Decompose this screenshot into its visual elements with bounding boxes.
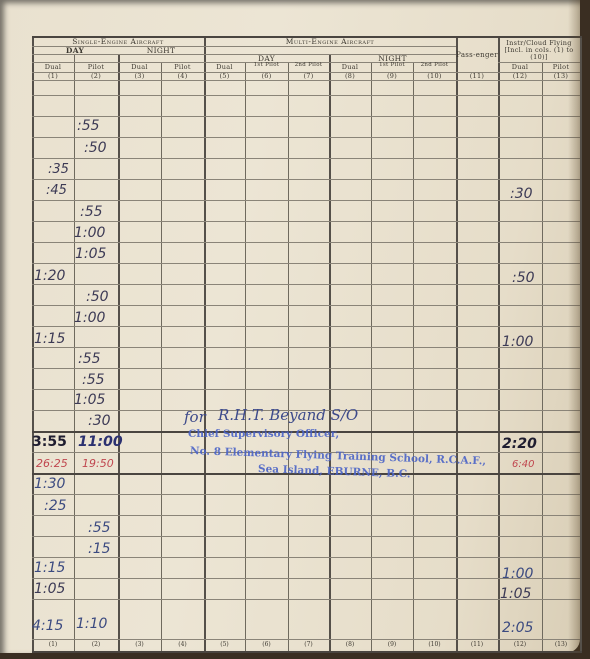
entry-col2: :55 bbox=[80, 204, 103, 220]
row-rule bbox=[32, 347, 580, 348]
row-rule bbox=[32, 578, 580, 579]
entry-col1: 1:30 bbox=[34, 476, 65, 492]
entry-col2: :55 bbox=[77, 118, 100, 134]
col-label: Pilot bbox=[542, 64, 580, 71]
row-rule bbox=[32, 284, 580, 285]
entry-col2: :50 bbox=[84, 140, 107, 156]
col-num: (5) bbox=[204, 73, 245, 80]
stamp-line-3: Sea Island, EBURNE, B.C. bbox=[258, 463, 411, 480]
row-rule bbox=[32, 95, 580, 96]
col-label: 1st Pilot bbox=[371, 63, 413, 69]
col-label: Dual bbox=[118, 64, 161, 71]
row-rule bbox=[32, 263, 580, 264]
entry-col12: 2:05 bbox=[502, 620, 533, 636]
foot-col-num: (2) bbox=[74, 641, 118, 648]
foot-col-num: (13) bbox=[542, 641, 580, 648]
col-divider bbox=[118, 54, 120, 653]
col-divider bbox=[288, 62, 289, 653]
signature-prefix: for bbox=[184, 408, 206, 426]
entry-col2: :15 bbox=[88, 541, 111, 557]
col-label: Pilot bbox=[161, 64, 204, 71]
entry-col2: 1:00 bbox=[74, 225, 105, 241]
row-rule bbox=[32, 599, 580, 600]
entry-col12: 1:00 bbox=[502, 334, 533, 350]
col-num: (6) bbox=[245, 73, 288, 80]
row-rule bbox=[32, 137, 580, 138]
header-instr-cloud: Instr/Cloud Flying [Incl. in cols. (1) t… bbox=[498, 40, 580, 60]
col-num: (4) bbox=[161, 73, 204, 80]
foot-col-num: (7) bbox=[288, 641, 329, 648]
col-label: 1st Pilot bbox=[245, 63, 288, 69]
logbook-page: Single-Engine Aircraft Multi-Engine Airc… bbox=[0, 0, 580, 653]
entry-col1: :35 bbox=[48, 162, 69, 177]
row-rule bbox=[32, 515, 580, 516]
header-se-night: NIGHT bbox=[118, 47, 204, 55]
foot-col-num: (11) bbox=[456, 641, 498, 648]
entry-col2: :50 bbox=[86, 289, 109, 305]
entry-col12: :50 bbox=[512, 270, 535, 286]
foot-col-num: (10) bbox=[413, 641, 456, 648]
stamp-line-2: No. 8 Elementary Flying Training School,… bbox=[190, 445, 486, 467]
col-num: (11) bbox=[456, 73, 498, 80]
col-num: (8) bbox=[329, 73, 371, 80]
col-divider bbox=[329, 54, 331, 653]
entry-col2: 1:00 bbox=[74, 310, 105, 326]
entry-col2: 1:05 bbox=[74, 392, 105, 408]
row-rule bbox=[32, 326, 580, 327]
stamp-line-1: Chief Supervisory Officer, bbox=[188, 428, 339, 440]
header-rule bbox=[498, 62, 580, 63]
col-divider bbox=[161, 62, 162, 653]
col-divider bbox=[371, 62, 372, 653]
carried-col12: 6:40 bbox=[512, 459, 534, 470]
col-num: (9) bbox=[371, 73, 413, 80]
col-divider bbox=[498, 36, 500, 653]
col-num: (1) bbox=[32, 73, 74, 80]
col-divider bbox=[74, 54, 75, 653]
col-divider bbox=[413, 62, 414, 653]
entry-col2: 1:10 bbox=[76, 616, 107, 632]
row-rule bbox=[32, 200, 580, 201]
col-num: (7) bbox=[288, 73, 329, 80]
row-rule bbox=[32, 494, 580, 495]
col-num: (13) bbox=[542, 73, 580, 80]
col-num: (3) bbox=[118, 73, 161, 80]
total-col12: 2:20 bbox=[502, 436, 537, 452]
foot-col-num: (8) bbox=[329, 641, 371, 648]
col-label: 2nd Pilot bbox=[288, 63, 329, 69]
row-rule bbox=[32, 158, 580, 159]
entry-col1: 1:05 bbox=[34, 581, 65, 597]
col-divider bbox=[204, 36, 206, 653]
row-rule bbox=[32, 179, 580, 180]
header-multi-engine: Multi-Engine Aircraft bbox=[204, 38, 456, 46]
footer-bottom-rule bbox=[32, 651, 582, 653]
header-se-day: DAY bbox=[32, 47, 118, 55]
col-divider bbox=[542, 62, 543, 653]
entry-col1: 1:15 bbox=[34, 331, 65, 347]
entry-col12: :30 bbox=[510, 186, 533, 202]
col-num: (2) bbox=[74, 73, 118, 80]
row-rule bbox=[32, 116, 580, 117]
total-col2: 11:00 bbox=[78, 434, 123, 450]
col-divider bbox=[580, 36, 582, 653]
row-rule bbox=[32, 305, 580, 306]
entry-col12: 1:05 bbox=[500, 586, 531, 602]
row-rule bbox=[32, 221, 580, 222]
entry-col2: 1:05 bbox=[75, 246, 106, 262]
col-label: Dual bbox=[32, 64, 74, 71]
header-rule bbox=[32, 80, 580, 81]
header-passenger: Pass-enger bbox=[456, 52, 498, 59]
row-rule bbox=[32, 536, 580, 537]
entry-col2: :30 bbox=[88, 413, 111, 429]
entry-col12: 1:00 bbox=[502, 566, 533, 582]
foot-col-num: (12) bbox=[498, 641, 542, 648]
carried-col1: 26:25 bbox=[36, 457, 68, 470]
logbook-grid: Single-Engine Aircraft Multi-Engine Airc… bbox=[32, 36, 580, 653]
foot-col-num: (1) bbox=[32, 641, 74, 648]
carried-col2: 19:50 bbox=[82, 457, 114, 470]
col-divider bbox=[245, 62, 246, 653]
col-label: 2nd Pilot bbox=[413, 63, 456, 69]
col-num: (12) bbox=[498, 73, 542, 80]
col-label: Dual bbox=[329, 64, 371, 71]
col-label: Dual bbox=[204, 64, 245, 71]
col-label: Dual bbox=[498, 64, 542, 71]
footer-rule bbox=[32, 639, 580, 640]
row-rule bbox=[32, 557, 580, 558]
entry-col1: :45 bbox=[46, 183, 67, 198]
col-num: (10) bbox=[413, 73, 456, 80]
foot-col-num: (4) bbox=[161, 641, 204, 648]
entry-col2: :55 bbox=[82, 372, 105, 388]
row-rule bbox=[32, 368, 580, 369]
entry-col2: :55 bbox=[88, 520, 111, 536]
signature: R.H.T. Beyand S/O bbox=[218, 406, 358, 424]
foot-col-num: (6) bbox=[245, 641, 288, 648]
entry-col2: :55 bbox=[78, 351, 101, 367]
total-col1: 3:55 bbox=[32, 434, 67, 450]
foot-col-num: (5) bbox=[204, 641, 245, 648]
entry-col1: :25 bbox=[44, 498, 67, 514]
col-divider bbox=[456, 36, 458, 653]
row-rule bbox=[32, 389, 580, 390]
foot-col-num: (9) bbox=[371, 641, 413, 648]
foot-col-num: (3) bbox=[118, 641, 161, 648]
entry-col1: 1:15 bbox=[34, 560, 65, 576]
row-rule bbox=[32, 242, 580, 243]
entry-col1: 1:20 bbox=[34, 268, 65, 284]
col-label: Pilot bbox=[74, 64, 118, 71]
entry-col1: 4:15 bbox=[32, 618, 63, 634]
header-single-engine: Single-Engine Aircraft bbox=[32, 38, 204, 46]
